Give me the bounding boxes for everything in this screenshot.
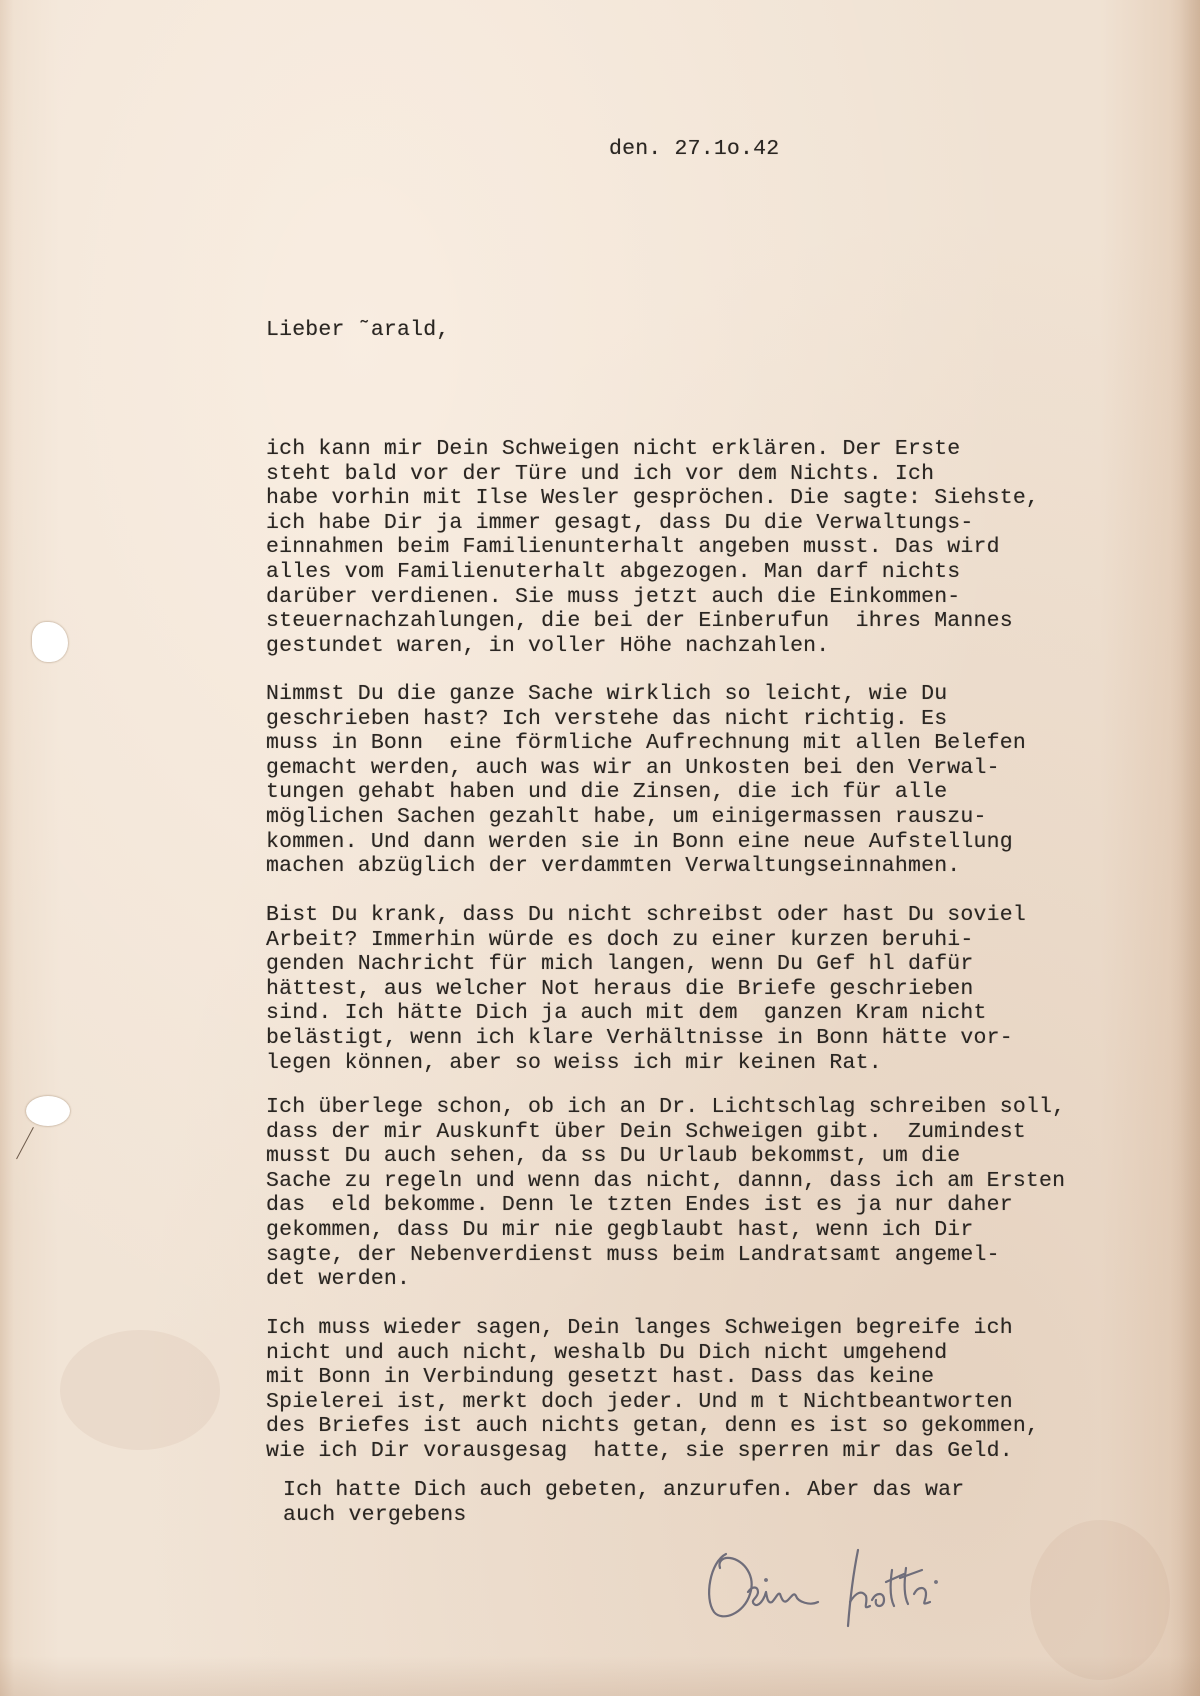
letter-line: sind. Ich hätte Dich ja auch mit dem gan…: [266, 1001, 1026, 1026]
letter-sheet: den. 27.1o.42 Lieber ˜arald, ich kann mi…: [0, 0, 1200, 1696]
letter-line: belästigt, wenn ich klare Verhältnisse i…: [266, 1026, 1026, 1051]
letter-paragraph: Ich muss wieder sagen, Dein langes Schwe…: [266, 1316, 1039, 1464]
letter-line: auch vergebens: [283, 1503, 964, 1528]
letter-line: das eld bekomme. Denn le tzten Endes ist…: [266, 1193, 1065, 1218]
letter-line: dass der mir Auskunft über Dein Schweige…: [266, 1120, 1065, 1145]
letter-line: einnahmen beim Familienunterhalt angeben…: [266, 535, 1039, 560]
letter-line: Ich muss wieder sagen, Dein langes Schwe…: [266, 1316, 1039, 1341]
letter-line: steuernachzahlungen, die bei der Einberu…: [266, 609, 1039, 634]
letter-line: gestundet waren, in voller Höhe nachzahl…: [266, 634, 1039, 659]
letter-paragraph: Ich überlege schon, ob ich an Dr. Lichts…: [266, 1095, 1065, 1292]
letter-paragraph: Bist Du krank, dass Du nicht schreibst o…: [266, 903, 1026, 1075]
letter-line: musst Du auch sehen, da ss Du Urlaub bek…: [266, 1144, 1065, 1169]
letter-paragraph: Nimmst Du die ganze Sache wirklich so le…: [266, 682, 1026, 879]
letter-line: Spielerei ist, merkt doch jeder. Und m t…: [266, 1390, 1039, 1415]
punch-hole-icon: [32, 622, 68, 662]
paper-tear-icon: [16, 1127, 34, 1159]
letter-line: nicht und auch nicht, weshalb Du Dich ni…: [266, 1341, 1039, 1366]
letter-line: wie ich Dir vorausgesag hatte, sie sperr…: [266, 1439, 1039, 1464]
letter-date: den. 27.1o.42: [609, 137, 779, 161]
signature-icon: [700, 1540, 990, 1640]
letter-line: Sache zu regeln und wenn das nicht, dann…: [266, 1169, 1065, 1194]
letter-line: kommen. Und dann werden sie in Bonn eine…: [266, 830, 1026, 855]
letter-salutation: Lieber ˜arald,: [266, 318, 449, 342]
letter-line: hättest, aus welcher Not heraus die Brie…: [266, 977, 1026, 1002]
letter-line: sagte, der Nebenverdienst muss beim Land…: [266, 1243, 1065, 1268]
paper-edge-shadow: [1170, 0, 1200, 1696]
paper-stain: [60, 1330, 220, 1450]
letter-line: muss in Bonn eine förmliche Aufrechnung …: [266, 731, 1026, 756]
letter-line: tungen gehabt haben und die Zinsen, die …: [266, 780, 1026, 805]
letter-paragraph: Ich hatte Dich auch gebeten, anzurufen. …: [283, 1478, 964, 1527]
letter-line: möglichen Sachen gezahlt habe, um einige…: [266, 805, 1026, 830]
letter-line: Nimmst Du die ganze Sache wirklich so le…: [266, 682, 1026, 707]
letter-line: Ich hatte Dich auch gebeten, anzurufen. …: [283, 1478, 964, 1503]
letter-line: ich habe Dir ja immer gesagt, dass Du di…: [266, 511, 1039, 536]
letter-line: Arbeit? Immerhin würde es doch zu einer …: [266, 928, 1026, 953]
letter-line: gekommen, dass Du mir nie gegblaubt hast…: [266, 1218, 1065, 1243]
letter-line: steht bald vor der Türe und ich vor dem …: [266, 462, 1039, 487]
letter-line: ich kann mir Dein Schweigen nicht erklär…: [266, 437, 1039, 462]
letter-line: det werden.: [266, 1267, 1065, 1292]
letter-line: des Briefes ist auch nichts getan, denn …: [266, 1414, 1039, 1439]
letter-line: habe vorhin mit Ilse Wesler gespröchen. …: [266, 486, 1039, 511]
letter-line: gemacht werden, auch was wir an Unkosten…: [266, 756, 1026, 781]
punch-hole-icon: [26, 1096, 70, 1126]
handwritten-signature: Dein Lotti: [700, 1540, 990, 1640]
letter-line: alles vom Familienuterhalt abgezogen. Ma…: [266, 560, 1039, 585]
letter-line: Bist Du krank, dass Du nicht schreibst o…: [266, 903, 1026, 928]
letter-line: darüber verdienen. Sie muss jetzt auch d…: [266, 585, 1039, 610]
letter-line: geschrieben hast? Ich verstehe das nicht…: [266, 707, 1026, 732]
letter-line: legen können, aber so weiss ich mir kein…: [266, 1051, 1026, 1076]
letter-line: genden Nachricht für mich langen, wenn D…: [266, 952, 1026, 977]
letter-line: machen abzüglich der verdammten Verwaltu…: [266, 854, 1026, 879]
paper-edge-shadow: [0, 1656, 1200, 1696]
letter-paragraph: ich kann mir Dein Schweigen nicht erklär…: [266, 437, 1039, 658]
letter-line: Ich überlege schon, ob ich an Dr. Lichts…: [266, 1095, 1065, 1120]
letter-line: mit Bonn in Verbindung gesetzt hast. Das…: [266, 1365, 1039, 1390]
